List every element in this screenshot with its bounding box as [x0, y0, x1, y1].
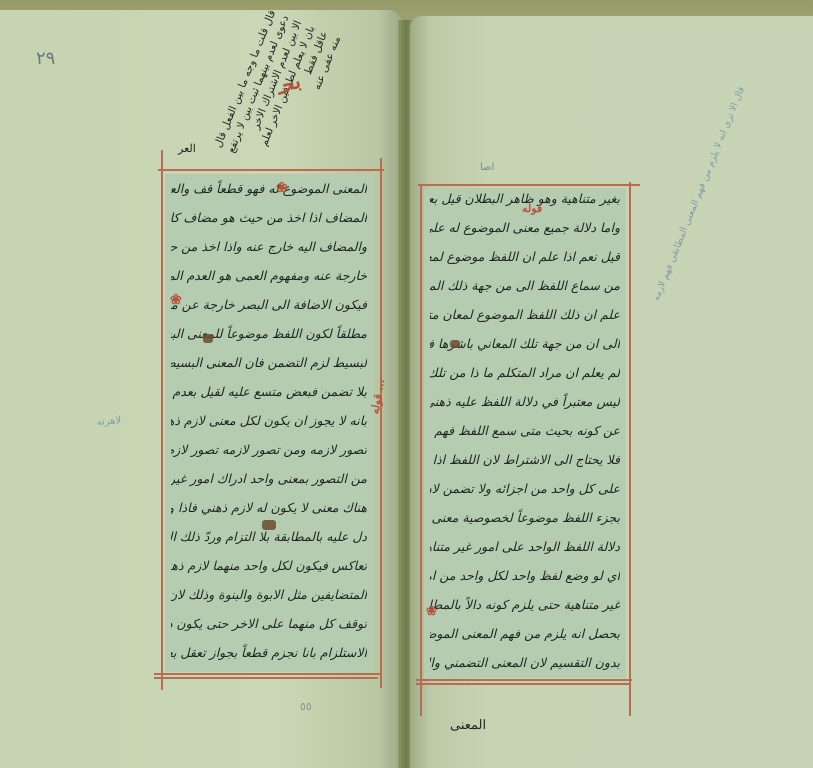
- left-text-block: المعنى الموضوع له فهو قطعاً قف والعدم ال…: [165, 174, 373, 672]
- text-line: مطلقاً لكون اللفظ موضوعاً للمعنى البسيط …: [171, 323, 367, 345]
- text-line: توقف كل منهما على الاخر حتى يكون دوراً م…: [171, 613, 367, 635]
- ruling-line: [416, 683, 630, 685]
- text-line: اي لو وضع لفظ واحد لكل واحد من امور غير …: [430, 565, 620, 587]
- margin-note-faint: لاهرته: [96, 414, 122, 430]
- text-line: علم ان ذلك اللفظ الموضوع لمعان متعددة فا…: [430, 304, 620, 326]
- ruling-line: [418, 184, 640, 186]
- text-line: خارجة عنه ومفهوم العمى هو العدم المضاف ا…: [171, 265, 367, 287]
- right-page: اصا قال الا ترى انه لا يلزم من فهم المعن…: [410, 16, 813, 768]
- text-line: الاستلزام بانا نجزم قطعاً بجواز تعقل بعض…: [171, 642, 367, 664]
- right-text-block: بغير متناهية وهو ظاهر البطلان قيل بعد لا…: [424, 188, 626, 678]
- text-line: ليس معتبراً في دلالة اللفظ عليه ذهني اعن…: [430, 391, 620, 413]
- text-line: المتضايفين مثل الابوة والبنوة وذلك لان ا…: [171, 584, 367, 606]
- header-word: العر: [178, 142, 196, 155]
- rubric-marker: ❀: [276, 180, 288, 196]
- ink-stain: [262, 520, 276, 530]
- text-line: عن كونه بحيث متى سمع اللفظ فهم سواء كان …: [430, 420, 620, 442]
- ink-stain: [203, 334, 213, 343]
- ruling-line: [161, 150, 163, 690]
- catchword: المعنى: [450, 718, 486, 733]
- text-line: واما دلالة جميع معنى الموضوع له على المط…: [430, 217, 620, 239]
- text-line: لبسيط لزم التضمن فان المعنى البسيط اذا ك…: [171, 352, 367, 374]
- margin-note-top: قال قلت ما وجه ما بين الفعل قال دعوى لعد…: [211, 10, 344, 176]
- header-faint-mark: اصا: [480, 162, 494, 173]
- ruling-line: [629, 182, 631, 716]
- text-line: على كل واحد من اجزائه ولا تضمن لان فهم ا…: [430, 478, 620, 500]
- footer-faint-mark: ٥٥: [300, 700, 312, 713]
- text-line: قيل نعم اذا علم ان اللفظ موضوع لمعنى فلا…: [430, 246, 620, 268]
- text-line: فلا يحتاج الى الاشتراط لان اللفظ اذا وضع…: [430, 449, 620, 471]
- margin-note-line: قال الا ترى انه لا يلزم من فهم المعنى ال…: [691, 85, 749, 202]
- text-line: دلالة اللفظ الواحد على امور غير متناهية …: [430, 536, 620, 558]
- text-line: بحصل انه يلزم من فهم المعنى الموضوع له ف…: [430, 623, 620, 645]
- text-line: من سماع اللفظ الى من جهة ذلك المعنى وهو …: [430, 275, 620, 297]
- text-line: المعنى الموضوع له فهو قطعاً قف والعدم ال…: [171, 178, 367, 200]
- text-line: فيكون الاضافة الى البصر خارجة عن مفهوم ا…: [171, 294, 367, 316]
- ruling-line: [380, 158, 382, 688]
- ruling-line: [158, 169, 384, 171]
- text-line: هناك معنى لا يكون له لازم ذهني فاذا وضع …: [171, 497, 367, 519]
- rubric-marker: ❀: [170, 292, 182, 308]
- left-page: ٢٩ قال قلت ما وجه ما بين الفعل قال دعوى …: [0, 10, 402, 768]
- text-line: بلا تضمن فبعض متسع عليه لقيل بعدم استلزا…: [171, 381, 367, 403]
- text-line: بجزء اللفظ موضوعاً لخصوصية معنى مركب من …: [430, 507, 620, 529]
- ruling-line: [416, 679, 632, 681]
- inline-rubric: قوله: [522, 202, 542, 215]
- text-line: بانه لا يجوز ان يكون لكل معنى لازم ذهني …: [171, 410, 367, 432]
- text-line: تصور لازمه ومن تصور لازمه تصور لازم لازم…: [171, 439, 367, 461]
- text-line: والمضاف اليه خارج عنه واذا اخذ من حيث ذا…: [171, 236, 367, 258]
- text-line: غير متناهية حتى يلزم كونه دالاً بالمطابق…: [430, 594, 620, 616]
- ruling-line: [154, 673, 380, 675]
- text-line: المضاف اذا اخذ من حيث هو مضاف كانت الاضا…: [171, 207, 367, 229]
- text-line: تعاكس فيكون لكل واحد منهما لازم ذهني بلا…: [171, 555, 367, 577]
- text-line: بدون التقسيم لان المعنى التضمني والالتزا…: [430, 652, 620, 674]
- ruling-line: [420, 186, 422, 716]
- ruling-line: [154, 677, 378, 679]
- text-line: لم يعلم ان مراد المتكلم ما ذا من تلك الم…: [430, 362, 620, 384]
- text-line: من التصور بمعنى واحد ادراك امور غير متنا…: [171, 468, 367, 490]
- rubric-marker: ❀: [426, 604, 437, 619]
- margin-note-faint: قال الا ترى انه لا يلزم من فهم المعنى ال…: [691, 85, 749, 202]
- ink-stain: [450, 340, 460, 348]
- folio-number: ٢٩: [36, 48, 55, 69]
